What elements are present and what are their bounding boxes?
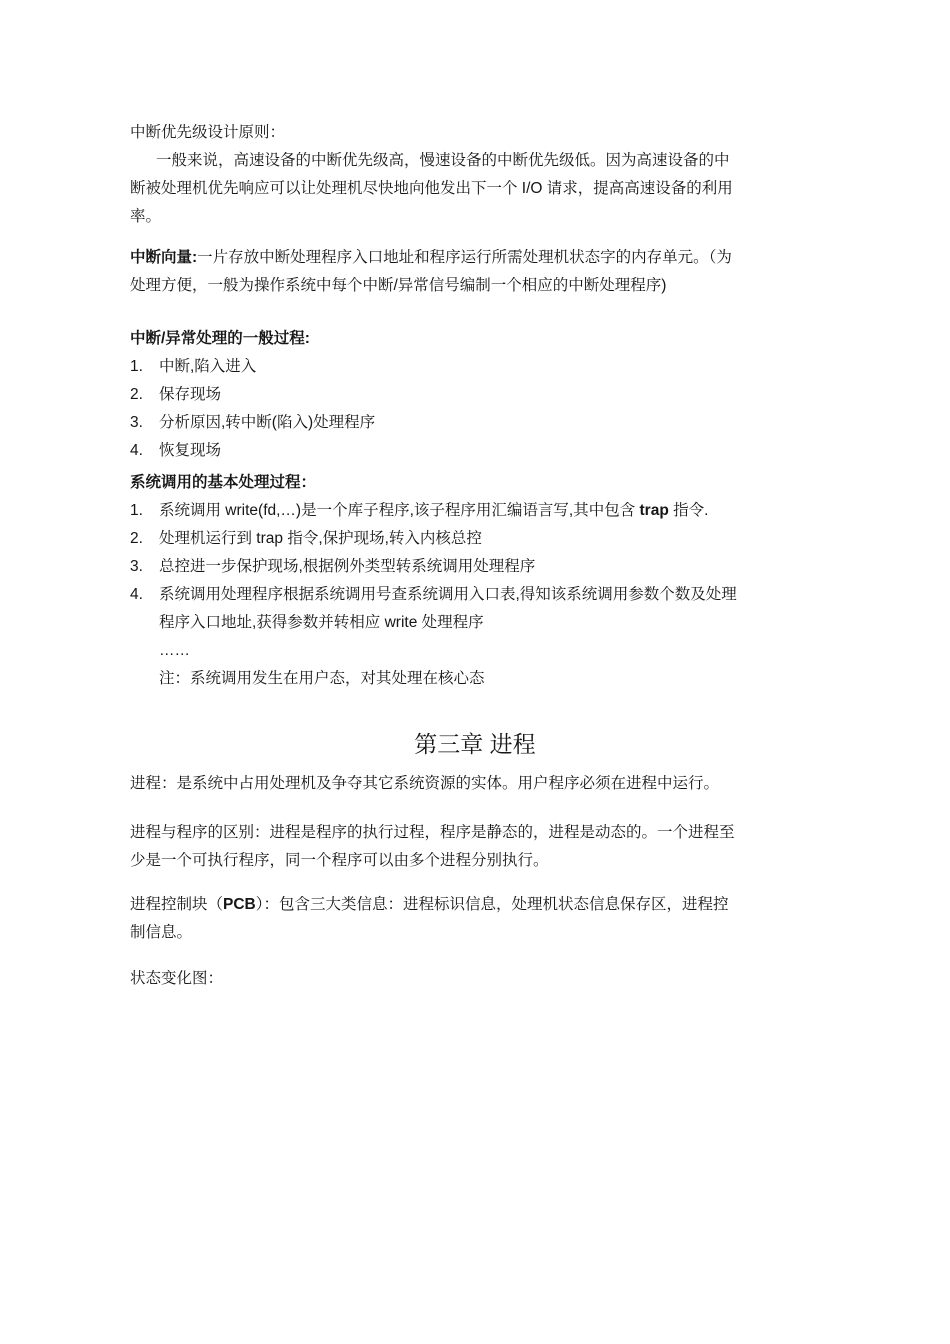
list-item: 1. 系统调用 write(fd,…)是一个库子程序,该子程序用汇编语言写,其中…	[130, 497, 820, 525]
paragraph-line: 中断向量:一片存放中断处理程序入口地址和程序运行所需处理机状态字的内存单元。（为	[130, 244, 820, 272]
paragraph-process-definition: 进程：是系统中占用处理机及争夺其它系统资源的实体。用户程序必须在进程中运行。	[130, 770, 820, 798]
list-item-line: 系统调用处理程序根据系统调用号查系统调用入口表,得知该系统调用参数个数及处理	[159, 581, 820, 609]
list-number: 4.	[130, 437, 159, 465]
paragraph-process-vs-program: 进程与程序的区别：进程是程序的执行过程，程序是静态的，进程是动态的。一个进程至 …	[130, 819, 820, 875]
paragraph-interrupt-priority: 中断优先级设计原则： 一般来说，高速设备的中断优先级高，慢速设备的中断优先级低。…	[130, 119, 820, 231]
paragraph-line: 一般来说，高速设备的中断优先级高，慢速设备的中断优先级低。因为高速设备的中	[130, 147, 820, 175]
list-item-text: 总控进一步保护现场,根据例外类型转系统调用处理程序	[159, 553, 820, 581]
section-interrupt-exception-process: 中断/异常处理的一般过程: 1. 中断,陷入进入 2. 保存现场 3. 分析原因…	[130, 325, 820, 465]
note-line: 注：系统调用发生在用户态，对其处理在核心态	[130, 665, 820, 693]
list-item: 3. 总控进一步保护现场,根据例外类型转系统调用处理程序	[130, 553, 820, 581]
paragraph-line: 处理方便，一般为操作系统中每个中断/异常信号编制一个相应的中断处理程序)	[130, 272, 820, 300]
list-item: 4. 恢复现场	[130, 437, 820, 465]
list-item: 1. 中断,陷入进入	[130, 353, 820, 381]
paragraph-line: 进程控制块（PCB）：包含三大类信息：进程标识信息，处理机状态信息保存区，进程控	[130, 891, 820, 919]
list-item-text: 分析原因,转中断(陷入)处理程序	[159, 409, 820, 437]
section-heading: 系统调用的基本处理过程：	[130, 469, 820, 497]
paragraph-line: 进程：是系统中占用处理机及争夺其它系统资源的实体。用户程序必须在进程中运行。	[130, 770, 820, 798]
paragraph-line: 断被处理机优先响应可以让处理机尽快地向他发出下一个 I/O 请求，提高高速设备的…	[130, 175, 820, 203]
paragraph-line: 状态变化图：	[130, 965, 820, 993]
list-item-text: 中断,陷入进入	[159, 353, 820, 381]
list-item-text-pre: 系统调用 write(fd,…)是一个库子程序,该子程序用汇编语言写,其中包含	[159, 502, 640, 519]
paragraph-line: 率。	[130, 203, 820, 231]
section-heading: 中断/异常处理的一般过程:	[130, 325, 820, 353]
paragraph-text-pre: 进程控制块（	[130, 896, 223, 913]
ellipsis-line: ……	[130, 637, 820, 665]
term-pcb: PCB	[223, 896, 256, 913]
paragraph-line: 少是一个可执行程序，同一个程序可以由多个进程分别执行。	[130, 847, 820, 875]
list-number: 3.	[130, 409, 159, 437]
paragraph-text-post: ）：包含三大类信息：进程标识信息，处理机状态信息保存区，进程控	[256, 896, 729, 913]
paragraph-text: 一片存放中断处理程序入口地址和程序运行所需处理机状态字的内存单元。（为	[197, 249, 732, 266]
paragraph-line: 进程与程序的区别：进程是程序的执行过程，程序是静态的，进程是动态的。一个进程至	[130, 819, 820, 847]
term-interrupt-vector: 中断向量:	[130, 249, 197, 266]
paragraph-pcb: 进程控制块（PCB）：包含三大类信息：进程标识信息，处理机状态信息保存区，进程控…	[130, 891, 820, 947]
list-item: 3. 分析原因,转中断(陷入)处理程序	[130, 409, 820, 437]
list-item-text: 系统调用 write(fd,…)是一个库子程序,该子程序用汇编语言写,其中包含 …	[159, 497, 820, 525]
list-number: 3.	[130, 553, 159, 581]
list-item-text: 系统调用处理程序根据系统调用号查系统调用入口表,得知该系统调用参数个数及处理 程…	[159, 581, 820, 637]
list-number: 1.	[130, 497, 159, 525]
list-item: 2. 保存现场	[130, 381, 820, 409]
list-number: 1.	[130, 353, 159, 381]
list-item: 4. 系统调用处理程序根据系统调用号查系统调用入口表,得知该系统调用参数个数及处…	[130, 581, 820, 637]
list-item-text-post: 指令.	[669, 502, 709, 519]
list-number: 2.	[130, 525, 159, 553]
list-item-line: 程序入口地址,获得参数并转相应 write 处理程序	[159, 609, 820, 637]
list-item-text: 保存现场	[159, 381, 820, 409]
paragraph-line: 制信息。	[130, 919, 820, 947]
paragraph-interrupt-vector: 中断向量:一片存放中断处理程序入口地址和程序运行所需处理机状态字的内存单元。（为…	[130, 244, 820, 300]
paragraph-heading: 中断优先级设计原则：	[130, 119, 820, 147]
list-item-text: 处理机运行到 trap 指令,保护现场,转入内核总控	[159, 525, 820, 553]
chapter-title: 第三章 进程	[130, 727, 820, 761]
document-page: 中断优先级设计原则： 一般来说，高速设备的中断优先级高，慢速设备的中断优先级低。…	[0, 0, 950, 1344]
list-number: 4.	[130, 581, 159, 637]
paragraph-state-diagram: 状态变化图：	[130, 965, 820, 993]
list-item: 2. 处理机运行到 trap 指令,保护现场,转入内核总控	[130, 525, 820, 553]
list-item-text: 恢复现场	[159, 437, 820, 465]
term-trap: trap	[640, 502, 669, 519]
list-number: 2.	[130, 381, 159, 409]
section-syscall-process: 系统调用的基本处理过程： 1. 系统调用 write(fd,…)是一个库子程序,…	[130, 469, 820, 693]
